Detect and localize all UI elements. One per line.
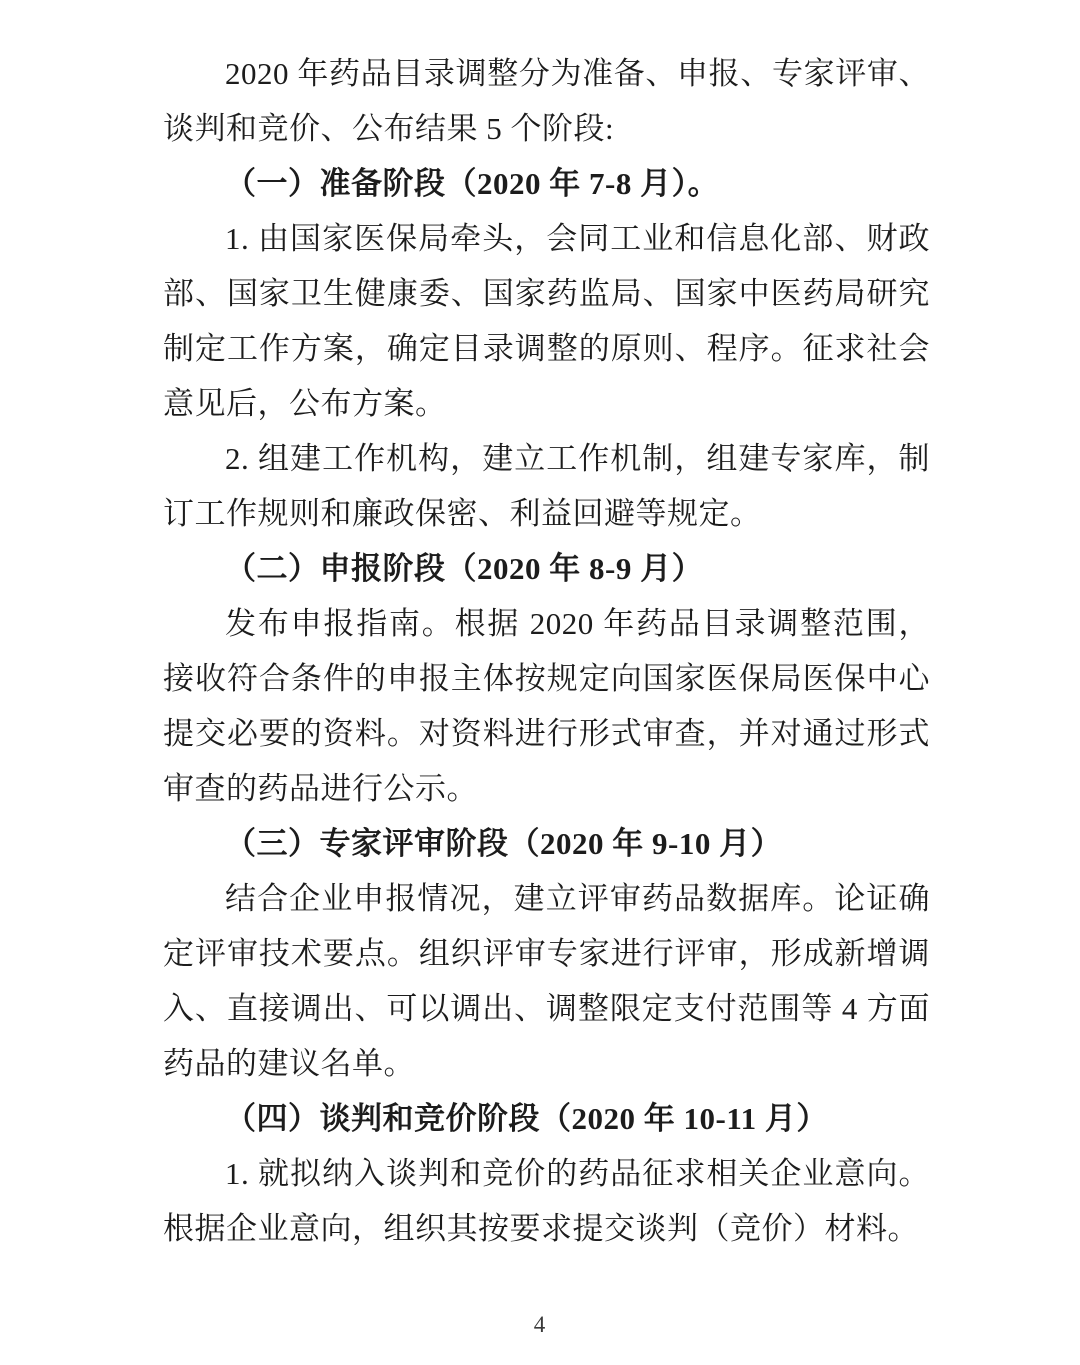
paragraph: 1. 就拟纳入谈判和竞价的药品征求相关企业意向。根据企业意向，组织其按要求提交谈… <box>163 1146 930 1256</box>
page-number: 4 <box>534 1312 547 1337</box>
paragraph: 2020 年药品目录调整分为准备、申报、专家评审、谈判和竞价、公布结果 5 个阶… <box>163 46 930 156</box>
section-heading: （三）专家评审阶段（2020 年 9-10 月） <box>163 816 930 871</box>
paragraph: 1. 由国家医保局牵头，会同工业和信息化部、财政部、国家卫生健康委、国家药监局、… <box>163 211 930 431</box>
document-body: 2020 年药品目录调整分为准备、申报、专家评审、谈判和竞价、公布结果 5 个阶… <box>163 46 930 1256</box>
document-page: 2020 年药品目录调整分为准备、申报、专家评审、谈判和竞价、公布结果 5 个阶… <box>0 0 1080 1365</box>
section-heading: （四）谈判和竞价阶段（2020 年 10-11 月） <box>163 1091 930 1146</box>
paragraph: 发布申报指南。根据 2020 年药品目录调整范围，接收符合条件的申报主体按规定向… <box>163 596 930 816</box>
page-footer: 4 <box>0 1312 1080 1338</box>
section-heading: （二）申报阶段（2020 年 8-9 月） <box>163 541 930 596</box>
section-heading: （一）准备阶段（2020 年 7-8 月）。 <box>163 156 930 211</box>
paragraph: 结合企业申报情况，建立评审药品数据库。论证确定评审技术要点。组织评审专家进行评审… <box>163 871 930 1091</box>
paragraph: 2. 组建工作机构，建立工作机制，组建专家库，制订工作规则和廉政保密、利益回避等… <box>163 431 930 541</box>
